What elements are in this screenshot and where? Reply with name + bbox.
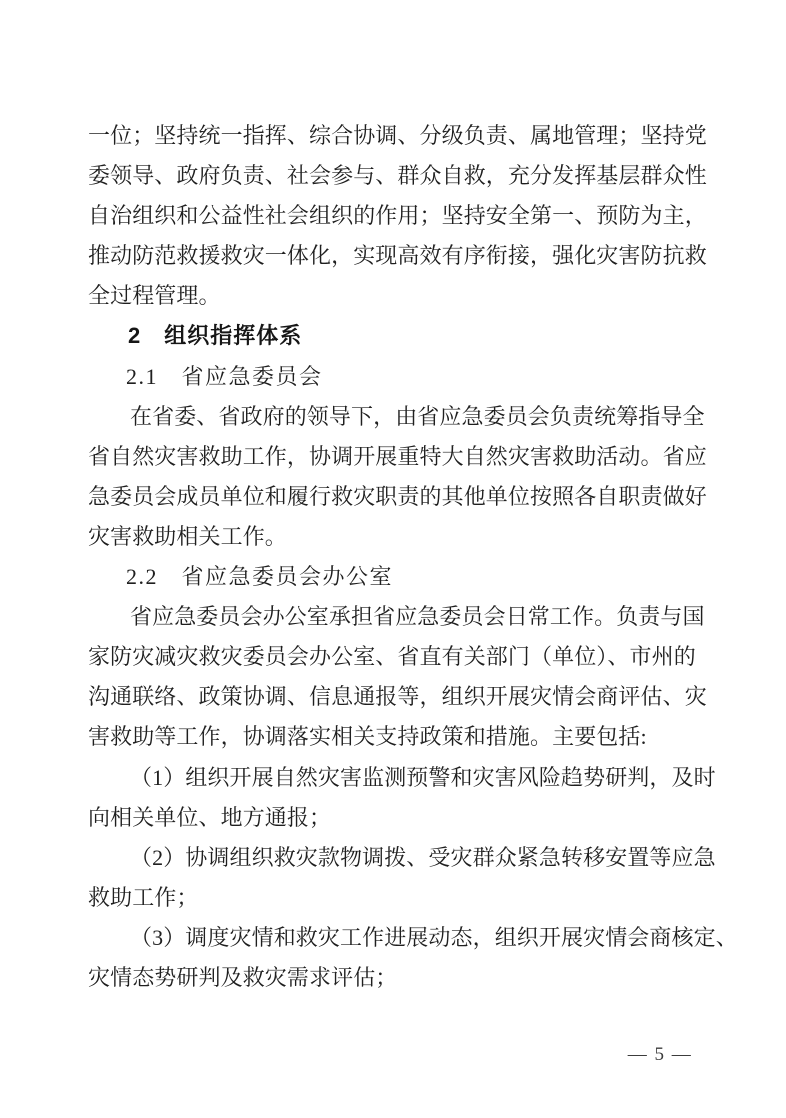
list-item-line: （3）调度灾情和救灾工作进展动态，组织开展灾情会商核定、	[88, 918, 710, 958]
body-text-line: 在省委、省政府的领导下，由省应急委员会负责统筹指导全	[88, 397, 710, 437]
list-item-2: （2）协调组织救灾款物调拨、受灾群众紧急转移安置等应急 救助工作；	[88, 838, 710, 918]
body-text-line: 沟通联络、政策协调、信息通报等，组织开展灾情会商评估、灾	[88, 677, 710, 717]
document-page: 一位；坚持统一指挥、综合协调、分级负责、属地管理；坚持党 委领导、政府负责、社会…	[0, 0, 786, 1118]
body-text-line: 一位；坚持统一指挥、综合协调、分级负责、属地管理；坚持党	[88, 116, 710, 156]
paragraph-2-1: 在省委、省政府的领导下，由省应急委员会负责统筹指导全 省自然灾害救助工作，协调开…	[88, 397, 710, 557]
body-text-line: 省应急委员会办公室承担省应急委员会日常工作。负责与国	[88, 597, 710, 637]
continuation-paragraph: 一位；坚持统一指挥、综合协调、分级负责、属地管理；坚持党 委领导、政府负责、社会…	[88, 116, 710, 316]
list-item-line: （2）协调组织救灾款物调拨、受灾群众紧急转移安置等应急	[88, 838, 710, 878]
body-text-line: 省自然灾害救助工作，协调开展重特大自然灾害救助活动。省应	[88, 437, 710, 477]
body-text-line: 委领导、政府负责、社会参与、群众自救，充分发挥基层群众性	[88, 156, 710, 196]
subsection-heading-2-1: 2.1 省应急委员会	[88, 357, 710, 397]
subsection-heading-2-2: 2.2 省应急委员会办公室	[88, 557, 710, 597]
list-item-line: 向相关单位、地方通报；	[88, 798, 710, 838]
list-item-1: （1）组织开展自然灾害监测预警和灾害风险趋势研判，及时 向相关单位、地方通报；	[88, 758, 710, 838]
paragraph-2-2: 省应急委员会办公室承担省应急委员会日常工作。负责与国 家防灾减灾救灾委员会办公室…	[88, 597, 710, 757]
body-text-line: 全过程管理。	[88, 276, 710, 316]
list-item-line: 救助工作；	[88, 878, 710, 918]
body-text-line: 害救助等工作，协调落实相关支持政策和措施。主要包括:	[88, 717, 710, 757]
body-text-line: 急委员会成员单位和履行救灾职责的其他单位按照各自职责做好	[88, 477, 710, 517]
body-text-line: 灾害救助相关工作。	[88, 517, 710, 557]
list-item-line: （1）组织开展自然灾害监测预警和灾害风险趋势研判，及时	[88, 758, 710, 798]
body-text-line: 家防灾减灾救灾委员会办公室、省直有关部门（单位）、市州的	[88, 637, 710, 677]
body-text-line: 自治组织和公益性社会组织的作用；坚持安全第一、预防为主，	[88, 196, 710, 236]
section-heading-2: 2 组织指挥体系	[88, 316, 710, 356]
list-item-line: 灾情态势研判及救灾需求评估；	[88, 958, 710, 998]
body-text-line: 推动防范救援救灾一体化，实现高效有序衔接，强化灾害防抗救	[88, 236, 710, 276]
list-item-3: （3）调度灾情和救灾工作进展动态，组织开展灾情会商核定、 灾情态势研判及救灾需求…	[88, 918, 710, 998]
page-number: — 5 —	[600, 1044, 720, 1066]
document-body: 一位；坚持统一指挥、综合协调、分级负责、属地管理；坚持党 委领导、政府负责、社会…	[88, 116, 710, 998]
